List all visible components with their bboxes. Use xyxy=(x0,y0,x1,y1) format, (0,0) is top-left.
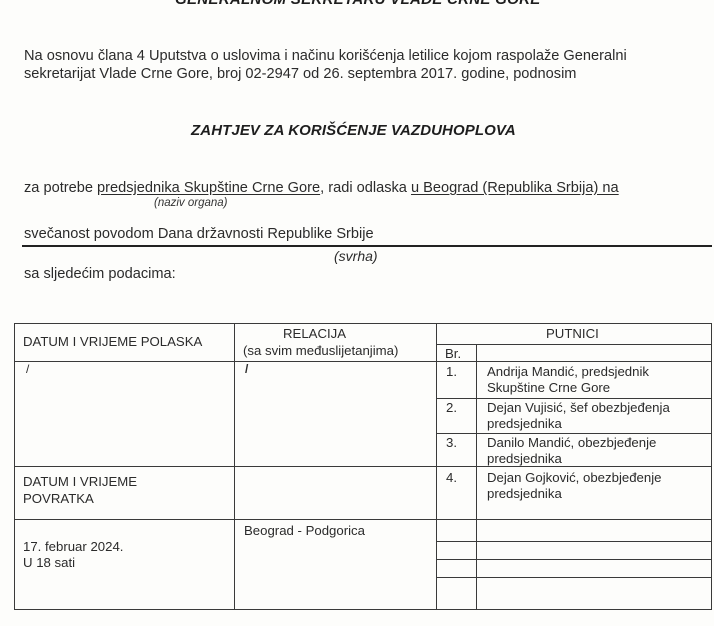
col-sep-3 xyxy=(476,344,477,610)
row-rule-1 xyxy=(436,398,712,399)
passenger-1-line2: Skupštine Crne Gore xyxy=(487,380,610,396)
row-rule-5 xyxy=(436,541,712,542)
row-rule-6 xyxy=(436,559,712,560)
passenger-4-no: 4. xyxy=(446,470,457,486)
header-rule xyxy=(14,361,712,362)
purpose-rule xyxy=(22,245,712,247)
table-border-top xyxy=(14,323,712,324)
row-rule-2 xyxy=(436,433,712,434)
purpose: svečanost povodom Dana državnosti Republ… xyxy=(24,226,374,243)
addressee-heading: GENERALNOM SEKRETARU VLADE CRNE GORE xyxy=(175,0,541,8)
organ-caption: (naziv organa) xyxy=(154,197,228,209)
row-rule-7 xyxy=(436,577,712,578)
passenger-4-line2: predsjednika xyxy=(487,486,562,502)
request-line: za potrebe predsjednika Skupštine Crne G… xyxy=(24,180,619,197)
return-time: U 18 sati xyxy=(23,555,75,571)
passenger-2-line2: predsjednika xyxy=(487,416,562,432)
request-prefix: za potrebe xyxy=(24,180,97,196)
header-number: Br. xyxy=(445,346,461,362)
return-route: Beograd - Podgorica xyxy=(244,523,365,539)
organ-name: predsjednika Skupštine Crne Gore xyxy=(97,180,320,196)
row-rule-4 xyxy=(14,519,712,520)
header-route-sub: (sa svim međuslijetanjima) xyxy=(243,343,398,359)
passenger-3-line1: Danilo Mandić, obezbjeđenje xyxy=(487,435,656,451)
passenger-3-line2: predsjednika xyxy=(487,451,562,467)
header-passengers: PUTNICI xyxy=(546,326,599,342)
table-border-bottom xyxy=(14,609,712,610)
intro-line-2: sekretarijat Vlade Crne Gore, broj 02-29… xyxy=(24,66,576,83)
departure-route: / xyxy=(245,362,248,378)
request-suffix: sa sljedećim podacima: xyxy=(24,266,176,283)
header-route: RELACIJA xyxy=(283,326,346,342)
row-rule-3 xyxy=(14,466,712,467)
putnici-header-rule xyxy=(436,344,712,345)
destination: u Beograd (Republika Srbija) na xyxy=(411,180,619,196)
intro-line-1: Na osnovu člana 4 Uputstva o uslovima i … xyxy=(24,48,627,65)
request-middle: , radi odlaska xyxy=(320,180,411,196)
departure-value: / xyxy=(26,362,29,378)
return-date: 17. februar 2024. xyxy=(23,539,123,555)
purpose-caption: (svrha) xyxy=(334,248,378,265)
passenger-2-no: 2. xyxy=(446,400,457,416)
passenger-1-line1: Andrija Mandić, predsjednik xyxy=(487,364,649,380)
passenger-3-no: 3. xyxy=(446,435,457,451)
passenger-1-no: 1. xyxy=(446,364,457,380)
document-title: ZAHTJEV ZA KORIŠĆENJE VAZDUHOPLOVA xyxy=(191,122,516,139)
return-label-2: POVRATKA xyxy=(23,491,94,507)
passenger-4-line1: Dejan Gojković, obezbjeđenje xyxy=(487,470,661,486)
header-departure: DATUM I VRIJEME POLASKA xyxy=(23,334,202,350)
passenger-2-line1: Dejan Vujisić, šef obezbjeđenja xyxy=(487,400,670,416)
return-label-1: DATUM I VRIJEME xyxy=(23,474,137,490)
